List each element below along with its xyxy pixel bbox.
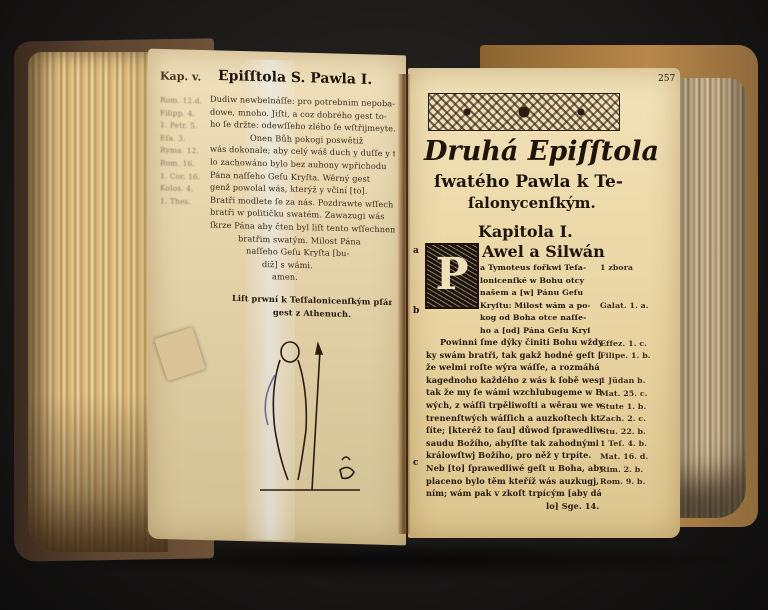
left-running-head: Kap. v. — [160, 69, 201, 83]
left-page-block — [28, 52, 168, 552]
side-references: 1 zbora Galat. 1. a. Effez. 1. c. Filipe… — [600, 262, 680, 489]
title-line-3: ſalonycenſkým. — [468, 194, 596, 212]
book-gutter — [398, 74, 410, 534]
left-body-text: Dudiw newbelnáſſe: pro potrebnim nepoba-… — [210, 93, 395, 287]
margin-mark-c: c — [413, 458, 418, 468]
left-colophon: Liſt prwní k Teſſalonicenſkým pſán gest … — [232, 292, 392, 321]
margin-mark-b: b — [413, 306, 419, 316]
drop-cap-lines: a Tymoteus fořkwi Teſa- lonicenſké w Boh… — [480, 262, 590, 338]
page-number: 257 — [658, 74, 675, 84]
chapter-heading: Kapitola I. — [478, 222, 573, 241]
margin-mark-a: a — [413, 246, 419, 256]
first-line: Awel a Silwán — [482, 242, 605, 261]
title-line-2: ſwatého Pawla k Te- — [434, 172, 623, 192]
woodcut-figure-illustration — [250, 330, 370, 500]
floral-header-ornament — [428, 93, 620, 131]
right-body-text: Powinni ſme dýky činiti Bohu wždycky, ky… — [426, 336, 601, 512]
left-margin-notes: Rom. 12.d. Filipp. 4. 1. Petr. 5. Eſa. 3… — [160, 94, 208, 209]
title-line-1: Druhá Epiſſtola — [424, 136, 659, 167]
right-page-block — [680, 78, 746, 518]
illuminated-drop-cap: P — [425, 243, 479, 309]
